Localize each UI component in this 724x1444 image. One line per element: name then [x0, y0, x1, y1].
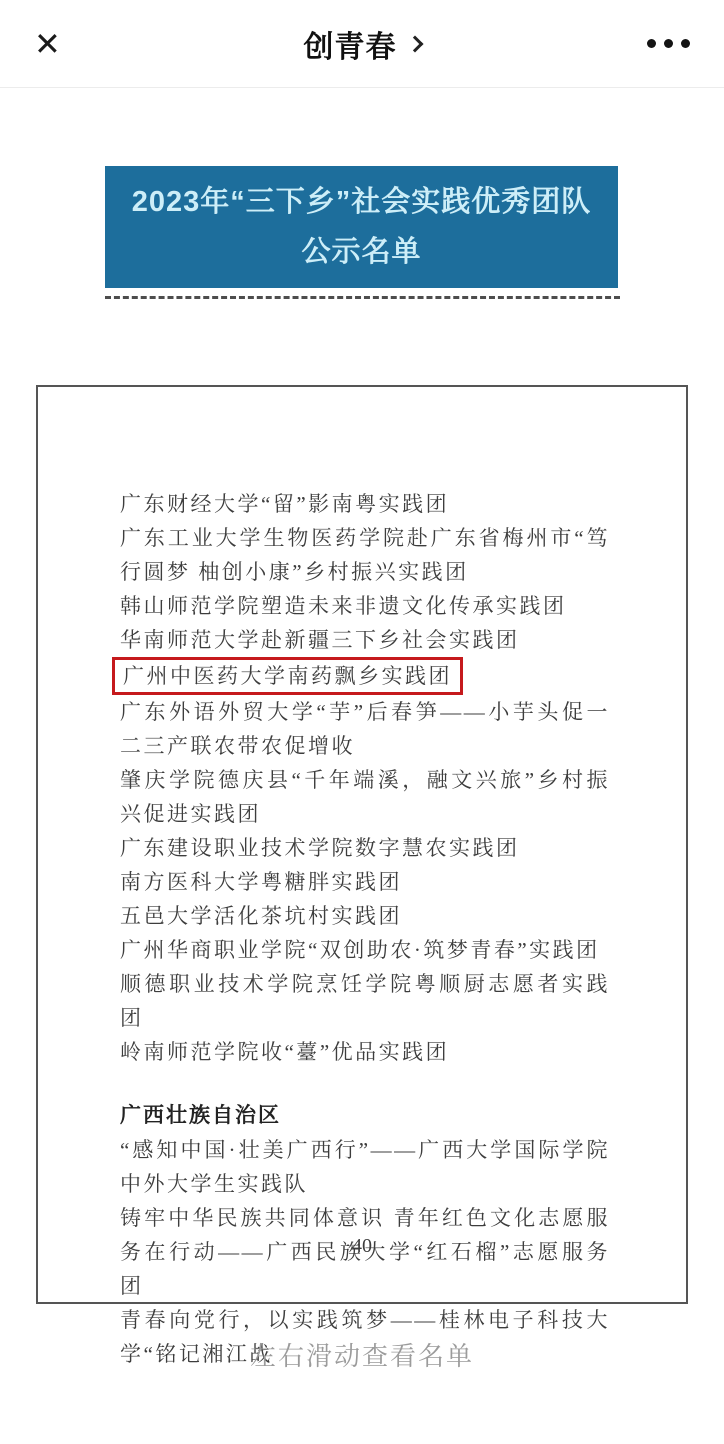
banner-title-line1: 2023年“三下乡”社会实践优秀团队	[132, 181, 592, 223]
top-bar: ✕ 创青春	[0, 0, 724, 88]
list-item: “感知中国·壮美广西行”——广西大学国际学院中外大学生实践队	[120, 1133, 610, 1201]
highlight-red-box: 广州中医药大学南药飘乡实践团	[112, 657, 463, 695]
list-item: 韩山师范学院塑造未来非遗文化传承实践团	[120, 589, 610, 623]
list-item: 广东财经大学“留”影南粤实践团	[120, 487, 610, 521]
list-item: 肇庆学院德庆县“千年端溪，融文兴旅”乡村振兴促进实践团	[120, 763, 610, 831]
list-item: 广州华商职业学院“双创助农·筑梦青春”实践团	[120, 933, 610, 967]
list-item: 广东工业大学生物医药学院赴广东省梅州市“笃行圆梦 柚创小康”乡村振兴实践团	[120, 521, 610, 589]
section-header: 广西壮族自治区	[120, 1099, 610, 1133]
chevron-right-icon	[406, 36, 423, 53]
dashed-divider	[105, 296, 620, 299]
banner-title-line2: 公示名单	[301, 231, 421, 273]
title-link[interactable]: 创青春	[0, 0, 724, 88]
list-item: 顺德职业技术学院烹饪学院粤顺厨志愿者实践团	[120, 967, 610, 1035]
list-item-highlighted: 广州中医药大学南药飘乡实践团	[120, 657, 610, 695]
list-item: 五邑大学活化茶坑村实践团	[120, 899, 610, 933]
wechat-article-page: ✕ 创青春 2023年“三下乡”社会实践优秀团队 公示名单 广东财经大学“留”影…	[0, 0, 724, 1444]
list-item: 岭南师范学院收“薹”优品实践团	[120, 1035, 610, 1069]
list-document-card[interactable]: 广东财经大学“留”影南粤实践团广东工业大学生物医药学院赴广东省梅州市“笃行圆梦 …	[36, 385, 688, 1304]
list-item: 南方医科大学粤糖胖实践团	[120, 865, 610, 899]
page-number: 40	[38, 1235, 686, 1258]
list-item: 广东建设职业技术学院数字慧农实践团	[120, 831, 610, 865]
title-banner: 2023年“三下乡”社会实践优秀团队 公示名单	[105, 166, 618, 288]
swipe-hint-text: 左右滑动查看名单	[0, 1336, 724, 1373]
page-title: 创青春	[304, 22, 397, 66]
list-item: 广东外语外贸大学“芋”后春笋——小芋头促一二三产联农带农促增收	[120, 695, 610, 763]
list-item: 华南师范大学赴新疆三下乡社会实践团	[120, 623, 610, 657]
